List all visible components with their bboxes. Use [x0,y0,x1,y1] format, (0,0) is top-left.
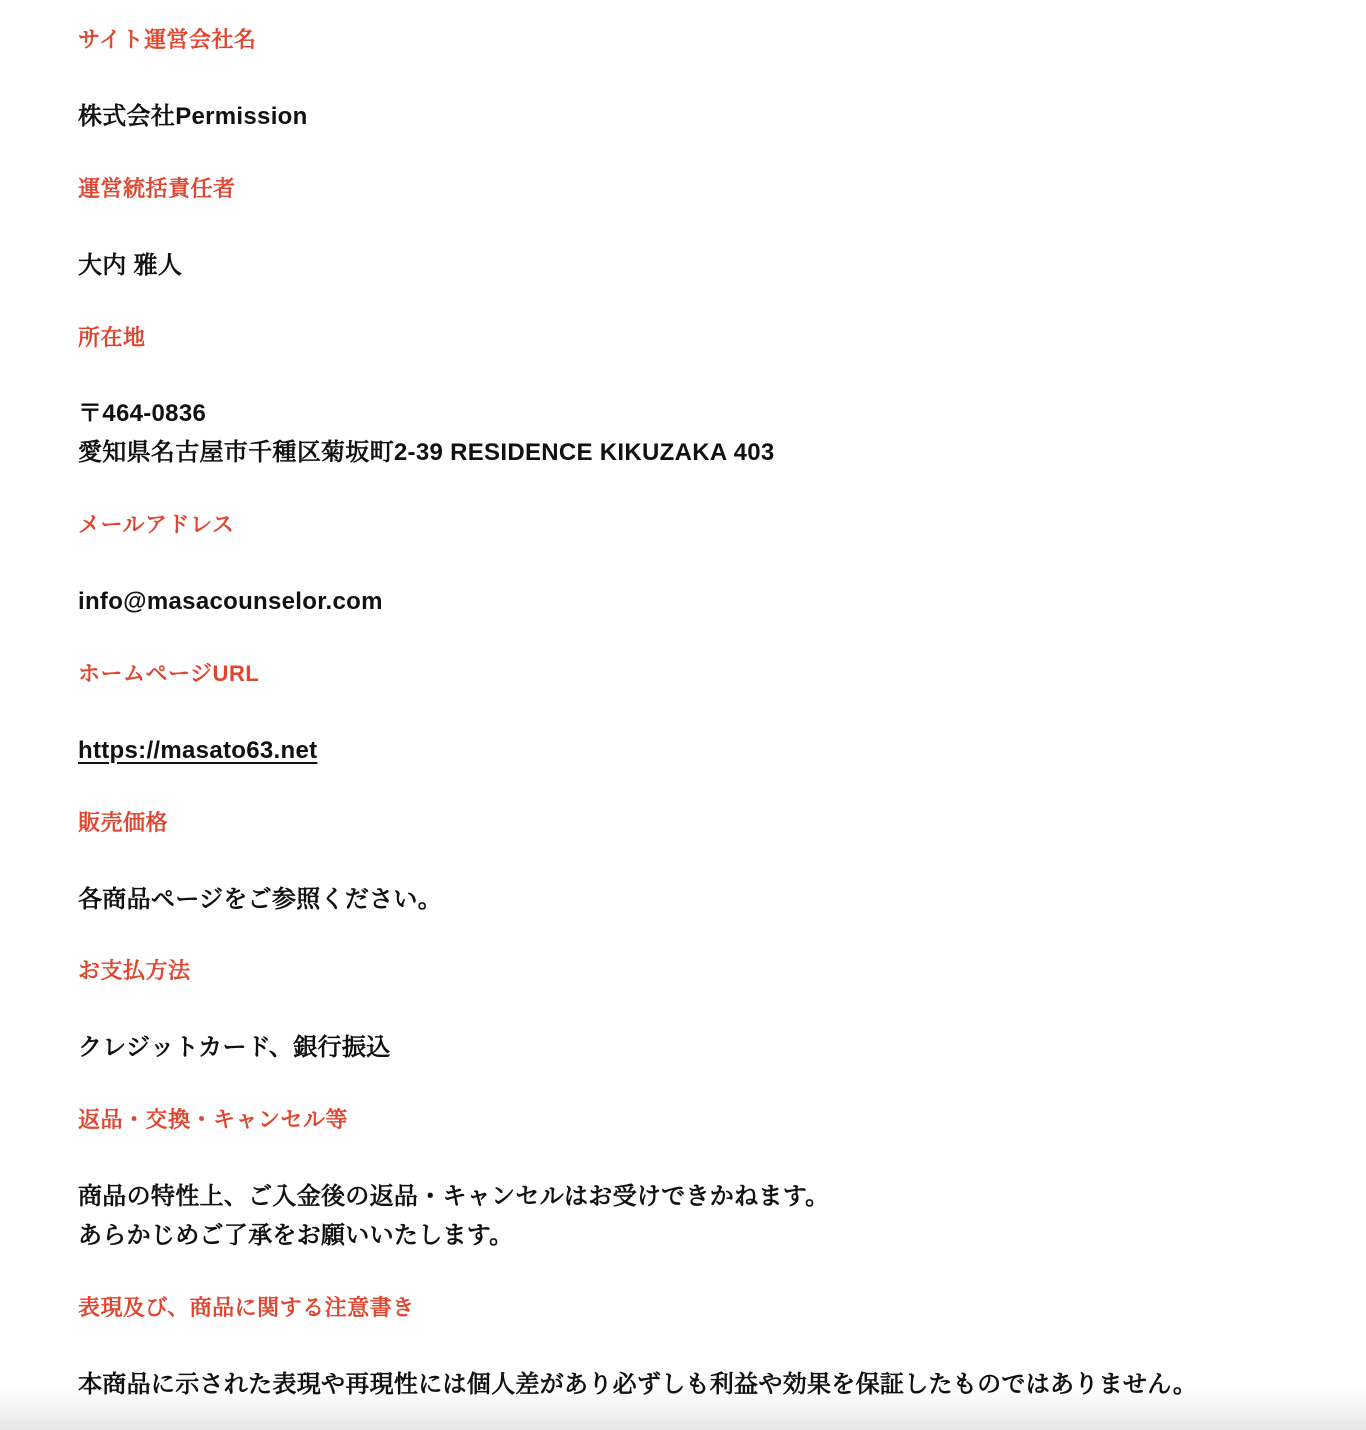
section-text: info@masacounselor.com [78,583,1306,622]
section-heading: ホームページURL [78,658,1306,690]
section-text-line: 本商品に示された表現や再現性には個人差があり必ずしも利益や効果を保証したものでは… [78,1371,1197,1398]
section-text-line: 各商品ページをご参照ください。 [78,886,442,913]
section-text-line: 大内 雅人 [78,252,182,279]
section-text: 株式会社Permission [78,98,1306,137]
section-text-line: info@masacounselor.com [78,588,383,615]
section-heading: 表現及び、商品に関する注意書き [78,1292,1306,1324]
section-text: クレジットカード、銀行振込 [78,1029,1306,1068]
section-heading: 販売価格 [78,807,1306,839]
section-text-line: クレジットカード、銀行振込 [78,1034,390,1061]
section-heading: サイト運営会社名 [78,24,1306,56]
section-heading: 返品・交換・キャンセル等 [78,1104,1306,1136]
section-text: 本商品に示された表現や再現性には個人差があり必ずしも利益や効果を保証したものでは… [78,1366,1306,1405]
homepage-link[interactable]: https://masato63.net [78,737,317,764]
section-heading: メールアドレス [78,509,1306,541]
section-text: 〒464-0836愛知県名古屋市千種区菊坂町2-39 RESIDENCE KIK… [78,395,1306,473]
section-text: 各商品ページをご参照ください。 [78,881,1306,920]
section-heading: お支払方法 [78,955,1306,987]
section-text: https://masato63.net [78,732,1306,771]
disclosure-page: サイト運営会社名株式会社Permission運営統括責任者大内 雅人所在地〒46… [0,0,1366,1405]
section-text-line: 〒464-0836 [78,400,206,427]
section-text-line: 愛知県名古屋市千種区菊坂町2-39 RESIDENCE KIKUZAKA 403 [78,439,775,466]
section-heading: 所在地 [78,322,1306,354]
section-text-line: 株式会社Permission [78,103,308,130]
section-text: 大内 雅人 [78,247,1306,286]
section-text: 商品の特性上、ご入金後の返品・キャンセルはお受けできかねます。あらかじめご了承を… [78,1178,1306,1256]
section-text-line: あらかじめご了承をお願いいたします。 [78,1222,513,1249]
section-text-line: 商品の特性上、ご入金後の返品・キャンセルはお受けできかねます。 [78,1183,829,1210]
section-heading: 運営統括責任者 [78,173,1306,205]
